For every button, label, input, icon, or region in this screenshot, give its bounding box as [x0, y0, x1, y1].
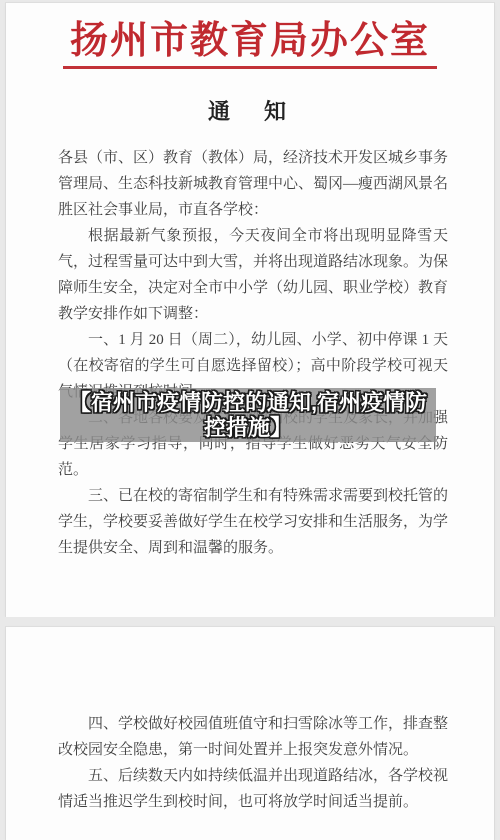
- document-scan: 扬州市教育局办公室 通 知 各县（市、区）教育（教体）局，经济技术开发区城乡事务…: [0, 0, 500, 840]
- page-gap: [0, 617, 500, 627]
- body-paragraph-item-5: 五、后续数天内如持续低温并出现道路结冰，各学校视情适当推迟学生到校时间，也可将放…: [58, 763, 448, 815]
- body-paragraph-item-3: 三、已在校的寄宿制学生和有特殊需求需要到校托管的学生，学校要妥善做好学生在校学习…: [58, 483, 448, 561]
- page-1-body: 各县（市、区）教育（教体）局，经济技术开发区城乡事务管理局、生态科技新城教育管理…: [6, 145, 494, 561]
- page-2-body: 四、学校做好校园值班值守和扫雪除冰等工作，排查整改校园安全隐患，第一时间处置并上…: [6, 711, 494, 815]
- body-paragraph-item-4: 四、学校做好校园值班值守和扫雪除冰等工作，排查整改校园安全隐患，第一时间处置并上…: [58, 711, 448, 763]
- notice-title: 通 知: [6, 99, 494, 125]
- agency-title: 扬州市教育局办公室: [6, 3, 494, 63]
- watermark-caption-overlay: 【宿州市疫情防控的通知,宿州疫情防控措施】: [60, 388, 436, 442]
- page-1: 扬州市教育局办公室 通 知 各县（市、区）教育（教体）局，经济技术开发区城乡事务…: [6, 3, 494, 617]
- body-paragraph-salutation: 各县（市、区）教育（教体）局，经济技术开发区城乡事务管理局、生态科技新城教育管理…: [58, 145, 448, 223]
- body-paragraph-intro: 根据最新气象预报，今天夜间全市将出现明显降雪天气，过程雪量可达中到大雪，并将出现…: [58, 223, 448, 327]
- watermark-caption-text: 【宿州市疫情防控的通知,宿州疫情防控措施】: [60, 390, 436, 440]
- page-2: 四、学校做好校园值班值守和扫雪除冰等工作，排查整改校园安全隐患，第一时间处置并上…: [6, 627, 494, 840]
- red-divider: [63, 66, 437, 69]
